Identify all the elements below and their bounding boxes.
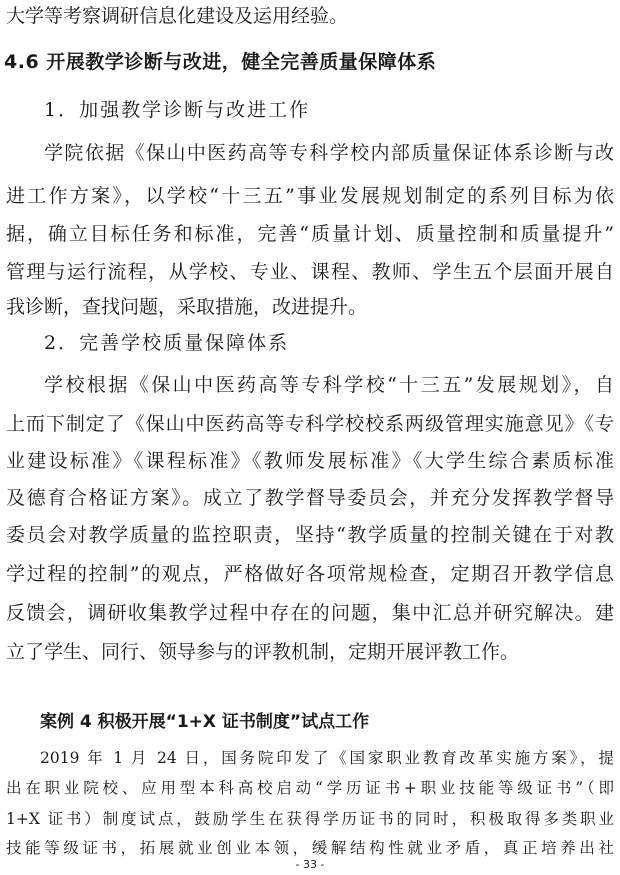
paragraph-line: 出在职业院校、应用型本科高校启动“学历证书+职业技能等级证书”（即	[6, 778, 614, 798]
paragraph-line: 学校根据《保山中医药高等专科学校“十三五”发展规划》，自	[44, 373, 614, 397]
paragraph-line: 管理与运行流程，从学校、专业、课程、教师、学生五个层面开展自	[6, 260, 614, 284]
paragraph-line: 1+X 证书）制度试点，鼓励学生在获得学历证书的同时，积极取得多类职业	[6, 809, 614, 829]
paragraph-line: 技能等级证书，拓展就业创业本领，缓解结构性就业矛盾，真正培养出社	[6, 838, 614, 858]
page-number: - 33 -	[0, 858, 620, 871]
paragraph-line: 学院依据《保山中医药高等专科学校内部质量保证体系诊断与改	[44, 141, 614, 165]
paragraph-line: 进工作方案》，以学校“十三五”事业发展规划制定的系列目标为依	[6, 184, 614, 208]
paragraph-line: 委员会对教学质量的监控职责，坚持“教学质量的控制关键在于对教	[6, 523, 614, 547]
case-title: 案例 4 积极开展“1+X 证书制度”试点工作	[40, 711, 369, 733]
paragraph-line: 反馈会，调研收集教学过程中存在的问题，集中汇总并研究解决。建	[6, 601, 614, 625]
paragraph-line: 上而下制定了《保山中医药高等专科学校校系两级管理实施意见》《专	[6, 412, 614, 436]
paragraph-line: 2019 年 1 月 24 日，国务院印发了《国家职业教育改革实施方案》，提	[40, 748, 614, 768]
section-heading: 4.6 开展教学诊断与改进，健全完善质量保障体系	[4, 50, 436, 74]
subsection-title-2: 2．完善学校质量保障体系	[44, 331, 289, 355]
subsection-title-1: 1．加强教学诊断与改进工作	[44, 98, 310, 122]
paragraph-line: 我诊断，查找问题，采取措施，改进提升。	[6, 295, 614, 319]
paragraph-line: 立了学生、同行、领导参与的评教机制，定期开展评教工作。	[6, 640, 614, 664]
paragraph-line: 据，确立目标任务和标准，完善“质量计划、质量控制和质量提升”	[6, 222, 614, 246]
paragraph-line: 及德育合格证方案》。成立了教学督导委员会，并充分发挥教学督导	[6, 486, 614, 510]
paragraph-line: 学过程的控制”的观点，严格做好各项常规检查，定期召开教学信息	[6, 562, 614, 586]
paragraph-line: 大学等考察调研信息化建设及运用经验。	[6, 4, 614, 28]
paragraph-line: 业建设标准》《课程标准》《教师发展标准》《大学生综合素质标准	[6, 449, 614, 473]
